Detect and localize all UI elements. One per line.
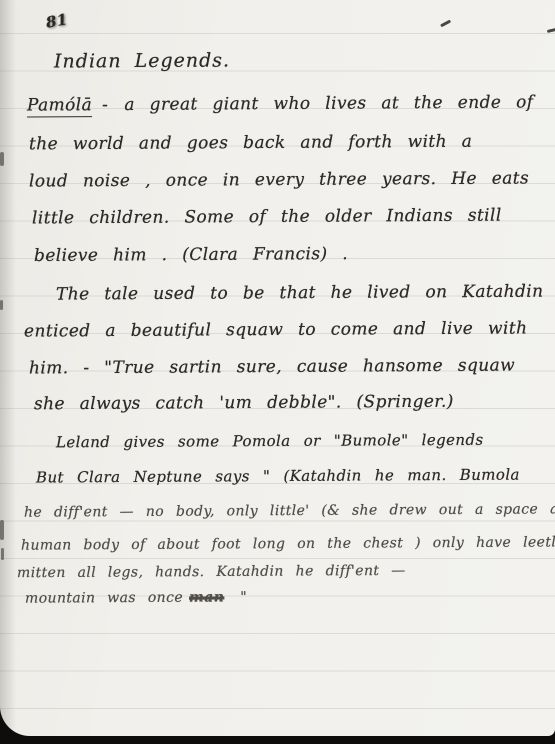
final-line-text: mountain was once (25, 590, 183, 607)
binding-gutter-shadow (0, 0, 16, 736)
page-number: 81 (45, 10, 69, 31)
handwriting-line: mitten all legs, hands. Katahdin he diff… (17, 563, 406, 581)
handwriting-line: little children. Some of the older India… (32, 206, 502, 229)
stray-pen-mark (440, 20, 451, 27)
handwriting-line: the world and goes back and forth with a (29, 132, 472, 155)
edge-speck (1, 548, 4, 560)
page-heading: Indian Legends. (54, 49, 230, 72)
handwriting-line: believe him . (Clara Francis) . (34, 244, 348, 266)
scan-background: 81 Indian Legends. Pamólā-a great giant … (0, 0, 555, 744)
handwriting-line: mountain was onceman" (25, 589, 247, 606)
handwriting-line: she always catch 'um debble". (Springer.… (34, 392, 454, 415)
handwriting-line: Pamólā-a great giant who lives at the en… (27, 92, 534, 115)
handwriting-line: human body of about foot long on the che… (21, 534, 555, 553)
edge-speck (0, 520, 4, 540)
entry-term: Pamólā (27, 95, 92, 117)
handwriting-line: The tale used to be that he lived on Kat… (56, 281, 555, 304)
handwriting-line: loud noise , once in every three years. … (29, 168, 529, 191)
stray-pen-mark (547, 28, 555, 33)
edge-speck (0, 300, 3, 310)
entry-text: a great giant who lives at the ende of (124, 92, 533, 114)
closing-quote: " (240, 589, 247, 605)
entry-separator: - (102, 95, 108, 115)
handwriting-line: Leland gives some Pomola or "Bumole" leg… (56, 431, 484, 452)
edge-speck (0, 152, 4, 166)
handwriting-line: But Clara Neptune says " (Katahdin he ma… (36, 466, 520, 487)
struck-out-word: man (189, 589, 224, 605)
notebook-page: 81 Indian Legends. Pamólā-a great giant … (0, 0, 555, 736)
handwriting-line: he diff'ent — no body, only little' (& s… (24, 501, 555, 520)
handwriting-line: enticed a beautiful squaw to come and li… (24, 318, 528, 341)
handwriting-line: him. - "True sartin sure, cause hansome … (29, 356, 515, 379)
